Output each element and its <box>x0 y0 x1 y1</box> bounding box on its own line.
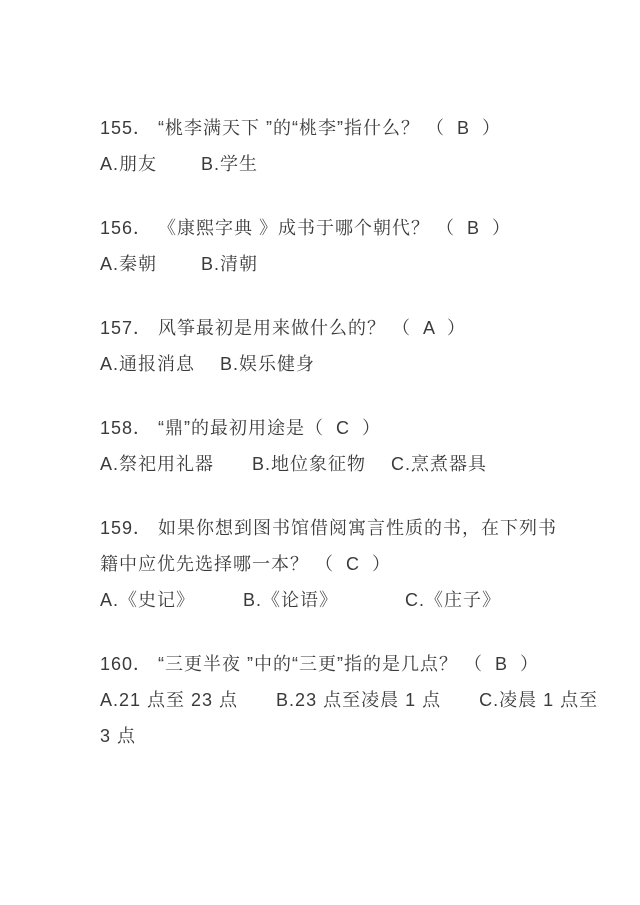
question-block-157: 157． 风筝最初是用来做什么的？ （ A ） A.通报消息 B.娱乐健身 <box>100 310 552 382</box>
options-line: A.祭祀用礼器 B.地位象征物 C.烹煮器具 <box>100 446 552 482</box>
question-block-159: 159． 如果你想到图书馆借阅寓言性质的书，在下列书 籍中应优先选择哪一本？ （… <box>100 510 552 618</box>
options-line: A.《史记》 B.《论语》 C.《庄子》 <box>100 582 552 618</box>
options-line: A.21 点至 23 点 B.23 点至凌晨 1 点 C.凌晨 1 点至 <box>100 682 552 718</box>
question-block-160: 160． “三更半夜 ”中的“三更”指的是几点？ （ B ） A.21 点至 2… <box>100 646 552 754</box>
question-line: 158． “鼎”的最初用途是（ C ） <box>100 410 552 446</box>
question-line-continued: 籍中应优先选择哪一本？ （ C ） <box>100 546 552 582</box>
question-block-156: 156． 《康熙字典 》成书于哪个朝代？ （ B ） A.秦朝 B.清朝 <box>100 210 552 282</box>
options-line: A.秦朝 B.清朝 <box>100 246 552 282</box>
question-line: 160． “三更半夜 ”中的“三更”指的是几点？ （ B ） <box>100 646 552 682</box>
question-line: 156． 《康熙字典 》成书于哪个朝代？ （ B ） <box>100 210 552 246</box>
options-line-continued: 3 点 <box>100 718 552 754</box>
question-line: 155． “桃李满天下 ”的“桃李”指什么？ （ B ） <box>100 110 552 146</box>
question-block-155: 155． “桃李满天下 ”的“桃李”指什么？ （ B ） A.朋友 B.学生 <box>100 110 552 182</box>
options-line: A.朋友 B.学生 <box>100 146 552 182</box>
question-line: 157． 风筝最初是用来做什么的？ （ A ） <box>100 310 552 346</box>
document-page: 155． “桃李满天下 ”的“桃李”指什么？ （ B ） A.朋友 B.学生 1… <box>0 0 640 905</box>
question-block-158: 158． “鼎”的最初用途是（ C ） A.祭祀用礼器 B.地位象征物 C.烹煮… <box>100 410 552 482</box>
options-line: A.通报消息 B.娱乐健身 <box>100 346 552 382</box>
question-line: 159． 如果你想到图书馆借阅寓言性质的书，在下列书 <box>100 510 552 546</box>
